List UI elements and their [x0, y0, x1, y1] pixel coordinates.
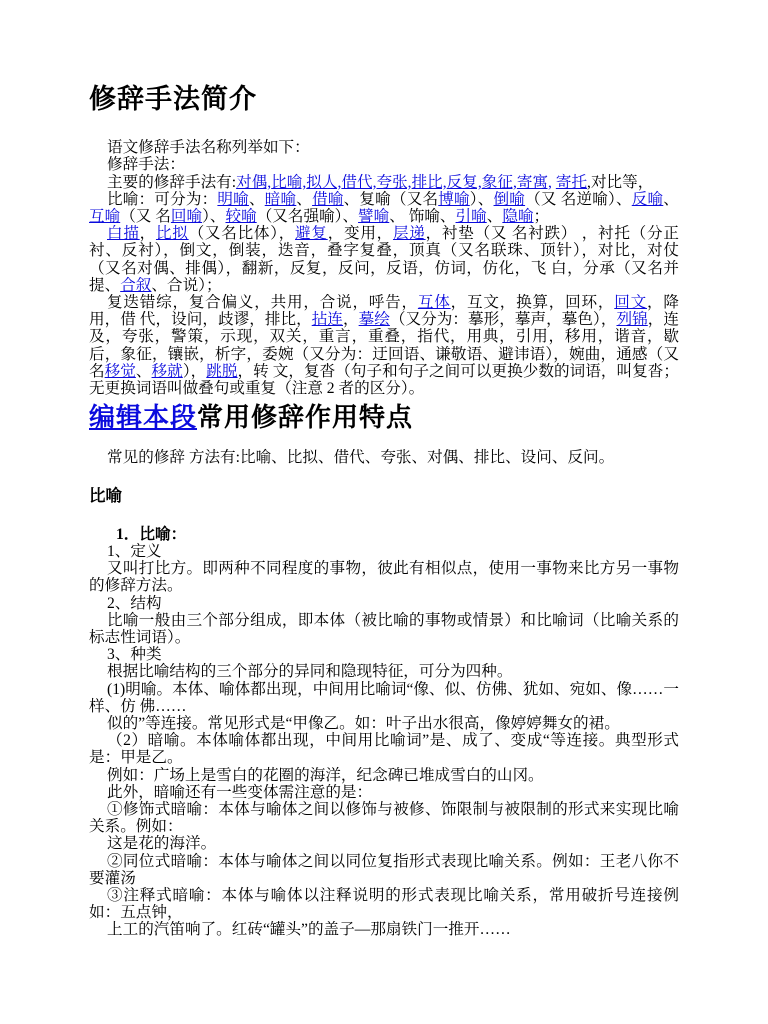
- inline-link[interactable]: 排比,: [412, 174, 447, 191]
- text-run: （又 名逆喻）、: [525, 191, 632, 208]
- text-run: 修辞手法：: [107, 156, 185, 173]
- text-run: 上工的汽笛响了。红砖“罐头”的盖子—那扇铁门一推开……: [107, 921, 511, 938]
- text-run: （2）暗喻。本体喻体都出现，中间用比喻词”是、成了、变成“等连接。典型形式是：甲…: [89, 732, 679, 766]
- inline-link[interactable]: 拟人,: [306, 174, 341, 191]
- section-heading-common-effects: 编辑本段常用修辞作用特点: [89, 403, 679, 432]
- paragraph-structure-label: 2、结构: [89, 595, 679, 612]
- paragraph-intro: 语文修辞手法名称列举如下：: [89, 139, 679, 156]
- text-run: ，变用，: [328, 225, 393, 242]
- text-run: 、合说）；: [151, 277, 221, 294]
- inline-link[interactable]: 层递: [393, 225, 426, 242]
- inline-link[interactable]: 编辑本段: [89, 403, 197, 432]
- paragraph-common-methods: 常见的修辞 方法有:比喻、比拟、借代、夸张、对偶、排比、设问、反问。: [89, 449, 679, 466]
- text-run: 3、种类: [107, 646, 162, 663]
- text-run: ），: [183, 363, 206, 380]
- item-heading-biyu: 1．比喻：: [89, 526, 679, 543]
- document-page: 修辞手法简介语文修辞手法名称列举如下：修辞手法：主要的修辞手法有:对偶,比喻,拟…: [0, 0, 768, 1024]
- inline-link[interactable]: 跳脱: [206, 363, 237, 380]
- text-run: ③注释式暗喻：本体与喻体以注释说明的形式表现比喻关系，常用破折号连接例如：五点钟…: [89, 887, 679, 921]
- text-run: 又叫打比方。即两种不同程度的事物，彼此有相似点，使用一事物来比方另一事物的修辞方…: [89, 560, 679, 594]
- paragraph-variant-2: ②同位式暗喻：本体与喻体之间以同位复指形式表现比喻关系。例如：王老八你不要灌汤: [89, 853, 679, 887]
- text-run: （又名强喻）、: [257, 208, 358, 225]
- inline-link[interactable]: 譬喻: [358, 208, 389, 225]
- inline-link[interactable]: 对偶,: [236, 174, 271, 191]
- paragraph-anyu-example: 例如：广场上是雪白的花圈的海洋，纪念碑已堆成雪白的山冈。: [89, 767, 679, 784]
- document-body: 修辞手法简介语文修辞手法名称列举如下：修辞手法：主要的修辞手法有:对偶,比喻,拟…: [89, 84, 679, 939]
- paragraph-variant-3: ③注释式暗喻：本体与喻体以注释说明的形式表现比喻关系，常用破折号连接例如：五点钟…: [89, 887, 679, 921]
- inline-link[interactable]: 摹绘: [359, 311, 390, 328]
- text-run: 比喻：可分为：: [107, 191, 217, 208]
- text-run: ）、: [202, 208, 225, 225]
- document-title: 修辞手法简介: [89, 84, 679, 114]
- text-run: ,对比等，: [587, 174, 653, 191]
- paragraph-label: 修辞手法：: [89, 156, 679, 173]
- inline-link[interactable]: 白描: [107, 225, 140, 242]
- text-run: 常见的修辞 方法有:比喻、比拟、借代、夸张、对偶、排比、设问、反问。: [107, 449, 614, 466]
- inline-link[interactable]: 倒喻: [494, 191, 526, 208]
- text-run: 复迭错综，复合偏义，共用，合说，呼告，: [107, 294, 418, 311]
- inline-link[interactable]: 列锦: [617, 311, 648, 328]
- inline-link[interactable]: 反喻: [632, 191, 664, 208]
- text-run: ，互文，换算，回环，: [451, 294, 615, 311]
- inline-link[interactable]: 借代,: [341, 174, 376, 191]
- text-run: 1．比喻：: [116, 526, 186, 543]
- paragraph-main-devices: 主要的修辞手法有:对偶,比喻,拟人,借代,夸张,排比,反复,象征,寄寓, 寄托,…: [89, 174, 679, 191]
- subsection-heading-biyu: 比喻: [89, 487, 679, 505]
- text-run: (1)明喻。本体、喻体都出现，中间用比喻词“像、似、仿佛、犹如、宛如、像……一样…: [89, 681, 679, 715]
- text-run: 、: [296, 191, 312, 208]
- text-run: ）、: [470, 191, 494, 208]
- inline-link[interactable]: 寄托: [556, 174, 587, 191]
- text-run: 、: [249, 191, 265, 208]
- paragraph-definition-label: 1、定义: [89, 543, 679, 560]
- paragraph-anyu-variants: 此外，暗喻还有一些变体需注意的是：: [89, 784, 679, 801]
- text-run: （又 名: [120, 208, 171, 225]
- text-run: ；: [534, 208, 550, 225]
- paragraph-kinds: 根据比喻结构的三个部分的异同和隐现特征，可分为四种。: [89, 663, 679, 680]
- text-run: 修辞手法简介: [89, 84, 257, 114]
- paragraph-biyu-types: 比喻：可分为：明喻、暗喻、借喻、复喻（又名博喻）、倒喻（又 名逆喻）、反喻、互喻…: [89, 191, 679, 225]
- inline-link[interactable]: 借喻: [312, 191, 344, 208]
- text-run: 1、定义: [107, 543, 162, 560]
- inline-link[interactable]: 拈连: [312, 311, 343, 328]
- text-run: 语文修辞手法名称列举如下：: [107, 139, 310, 156]
- inline-link[interactable]: 象征,: [482, 174, 517, 191]
- inline-link[interactable]: 互喻: [89, 208, 120, 225]
- paragraph-variant-1: ①修饰式暗喻：本体与喻体之间以修饰与被修、饰限制与被限制的形式来实现比喻关系。例…: [89, 801, 679, 835]
- text-run: ，: [140, 225, 156, 242]
- paragraph-device-list-2: 复迭错综，复合偏义，共用，合说，呼告，互体，互文，换算，回环，回文，降用，借 代…: [89, 294, 679, 397]
- paragraph-variant-3-example: 上工的汽笛响了。红砖“罐头”的盖子—那扇铁门一推开……: [89, 921, 679, 938]
- paragraph-definition: 又叫打比方。即两种不同程度的事物，彼此有相似点，使用一事物来比方另一事物的修辞方…: [89, 560, 679, 594]
- text-run: ①修饰式暗喻：本体与喻体之间以修饰与被修、饰限制与被限制的形式来实现比喻关系。例…: [89, 801, 679, 835]
- inline-link[interactable]: 移觉: [105, 363, 136, 380]
- inline-link[interactable]: 避复: [295, 225, 328, 242]
- text-run: （又名比体），: [189, 225, 295, 242]
- inline-link[interactable]: 移就: [152, 363, 183, 380]
- paragraph-anyu: （2）暗喻。本体喻体都出现，中间用比喻词”是、成了、变成“等连接。典型形式是：甲…: [89, 732, 679, 766]
- text-run: 似的”等连接。常见形式是“甲像乙。如：叶子出水很高，像婷婷舞女的裙。: [107, 715, 620, 732]
- text-run: 这是花的海洋。: [107, 835, 216, 852]
- text-run: 例如：广场上是雪白的花圈的海洋，纪念碑已堆成雪白的山冈。: [107, 767, 544, 784]
- paragraph-mingyu-2: 似的”等连接。常见形式是“甲像乙。如：叶子出水很高，像婷婷舞女的裙。: [89, 715, 679, 732]
- text-run: 2、结构: [107, 595, 162, 612]
- inline-link[interactable]: 回文: [614, 294, 647, 311]
- paragraph-kinds-label: 3、种类: [89, 646, 679, 663]
- text-run: 、: [663, 191, 679, 208]
- inline-link[interactable]: 反复,: [447, 174, 482, 191]
- inline-link[interactable]: 明喻: [217, 191, 249, 208]
- text-run: ，: [343, 311, 359, 328]
- paragraph-structure: 比喻一般由三个部分组成，即本体（被比喻的事物或情景）和比喻词（比喻关系的标志性词…: [89, 612, 679, 646]
- inline-link[interactable]: 比拟: [156, 225, 189, 242]
- inline-link[interactable]: 较喻: [225, 208, 256, 225]
- text-run: 常用修辞作用特点: [197, 403, 413, 432]
- inline-link[interactable]: 合叙: [120, 277, 151, 294]
- text-run: （又分为：摹形，摹声，摹色），: [390, 311, 617, 328]
- inline-link[interactable]: 夸张,: [376, 174, 411, 191]
- inline-link[interactable]: 寄寓,: [517, 174, 552, 191]
- inline-link[interactable]: 博喻: [438, 191, 470, 208]
- text-run: 、: [487, 208, 503, 225]
- text-run: 、 饰喻、: [389, 208, 455, 225]
- text-run: 主要的修辞手法有:: [107, 174, 236, 191]
- text-run: 此外，暗喻还有一些变体需注意的是：: [107, 784, 372, 801]
- inline-link[interactable]: 回喻: [171, 208, 202, 225]
- text-run: 、复喻（又名: [344, 191, 439, 208]
- text-run: 根据比喻结构的三个部分的异同和隐现特征，可分为四种。: [107, 663, 512, 680]
- inline-link[interactable]: 隐喻: [502, 208, 533, 225]
- text-run: 比喻一般由三个部分组成，即本体（被比喻的事物或情景）和比喻词（比喻关系的标志性词…: [89, 612, 679, 646]
- paragraph-variant-1-example: 这是花的海洋。: [89, 835, 679, 852]
- paragraph-mingyu-1: (1)明喻。本体、喻体都出现，中间用比喻词“像、似、仿佛、犹如、宛如、像……一样…: [89, 681, 679, 715]
- inline-link[interactable]: 互体: [418, 294, 451, 311]
- inline-link[interactable]: 暗喻: [265, 191, 297, 208]
- text-run: 、: [136, 363, 152, 380]
- inline-link[interactable]: 比喻,: [271, 174, 306, 191]
- inline-link[interactable]: 引喻: [456, 208, 487, 225]
- paragraph-device-list-1: 白描，比拟（又名比体），避复，变用，层递，衬垫（又 名衬跌） ，衬托（分正衬、反…: [89, 225, 679, 294]
- text-run: 比喻: [89, 486, 122, 505]
- text-run: ②同位式暗喻：本体与喻体之间以同位复指形式表现比喻关系。例如：王老八你不要灌汤: [89, 853, 679, 887]
